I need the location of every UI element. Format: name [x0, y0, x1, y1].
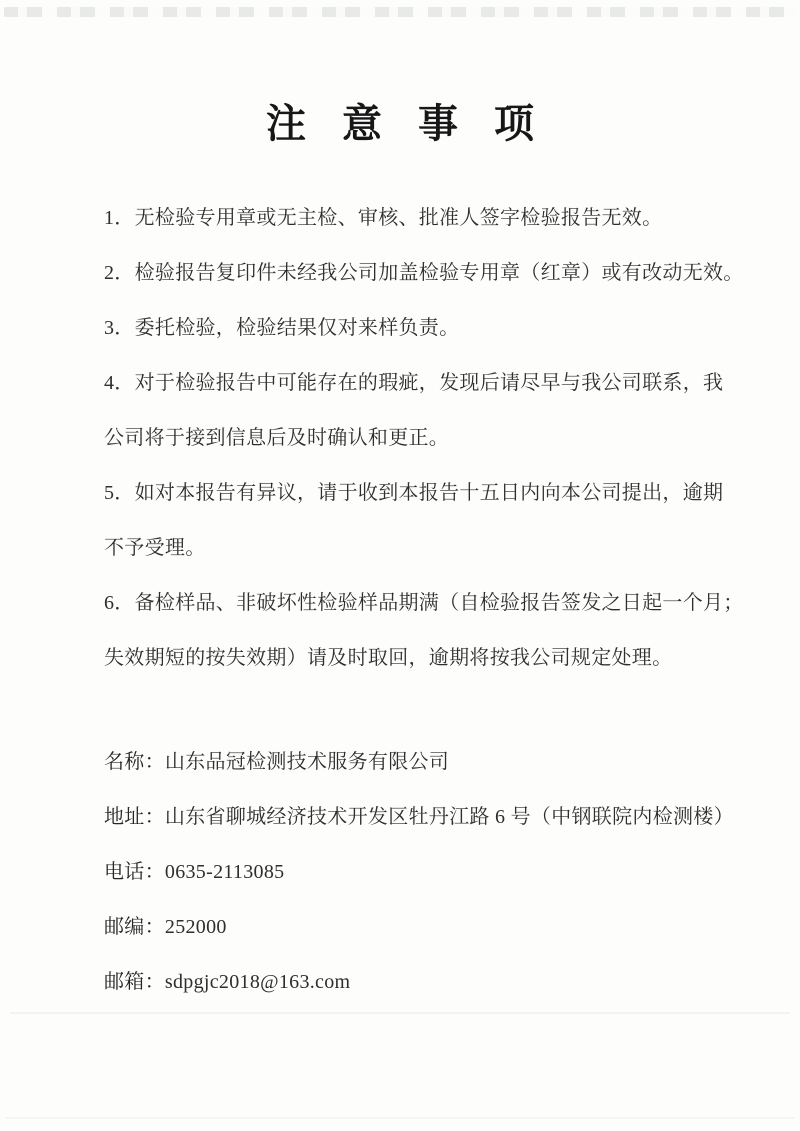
- contact-address-label: 地址：: [104, 806, 165, 828]
- scanner-noise-band: [4, 7, 796, 17]
- scanner-artifact-line: [6, 1117, 794, 1119]
- scanner-artifact-line: [10, 1012, 790, 1014]
- note-item-5-line-1: 5．如对本报告有异议，请于收到本报告十五日内向本公司提出，逾期: [104, 466, 744, 521]
- page-title: 注 意 事 项: [0, 0, 800, 152]
- note-item-3: 3．委托检验，检验结果仅对来样负责。: [104, 301, 744, 356]
- contact-postal-value: 252000: [165, 916, 227, 938]
- contact-address-row: 地址：山东省聊城经济技术开发区牡丹江路 6 号（中钢联院内检测楼）: [104, 790, 744, 845]
- contact-address-value: 山东省聊城经济技术开发区牡丹江路 6 号（中钢联院内检测楼）: [165, 806, 734, 828]
- note-item-4-line-1: 4．对于检验报告中可能存在的瑕疵，发现后请尽早与我公司联系，我: [104, 356, 744, 411]
- note-item-6-line-1: 6．备检样品、非破坏性检验样品期满（自检验报告签发之日起一个月；: [104, 576, 744, 631]
- contact-postal-label: 邮编：: [104, 916, 165, 938]
- contact-email-value: sdpgjc2018@163.com: [165, 971, 350, 993]
- contact-name-row: 名称：山东品冠检测技术服务有限公司: [104, 735, 744, 790]
- scanned-document-page: 注 意 事 项 1．无检验专用章或无主检、审核、批准人签字检验报告无效。 2．检…: [0, 0, 800, 1131]
- contact-postal-row: 邮编：252000: [104, 900, 744, 955]
- contact-phone-value: 0635-2113085: [165, 861, 285, 883]
- contact-phone-label: 电话：: [104, 861, 165, 883]
- contact-info-block: 名称：山东品冠检测技术服务有限公司 地址：山东省聊城经济技术开发区牡丹江路 6 …: [104, 735, 744, 1010]
- contact-email-row: 邮箱：sdpgjc2018@163.com: [104, 955, 744, 1010]
- note-item-6-line-2: 失效期短的按失效期）请及时取回，逾期将按我公司规定处理。: [104, 631, 744, 686]
- contact-name-value: 山东品冠检测技术服务有限公司: [165, 751, 449, 773]
- contact-phone-row: 电话：0635-2113085: [104, 845, 744, 900]
- contact-email-label: 邮箱：: [104, 971, 165, 993]
- note-item-2: 2．检验报告复印件未经我公司加盖检验专用章（红章）或有改动无效。: [104, 246, 744, 301]
- note-item-4-line-2: 公司将于接到信息后及时确认和更正。: [104, 411, 744, 466]
- contact-name-label: 名称：: [104, 751, 165, 773]
- note-item-5-line-2: 不予受理。: [104, 521, 744, 576]
- note-item-1: 1．无检验专用章或无主检、审核、批准人签字检验报告无效。: [104, 191, 744, 246]
- notes-list: 1．无检验专用章或无主检、审核、批准人签字检验报告无效。 2．检验报告复印件未经…: [104, 191, 744, 686]
